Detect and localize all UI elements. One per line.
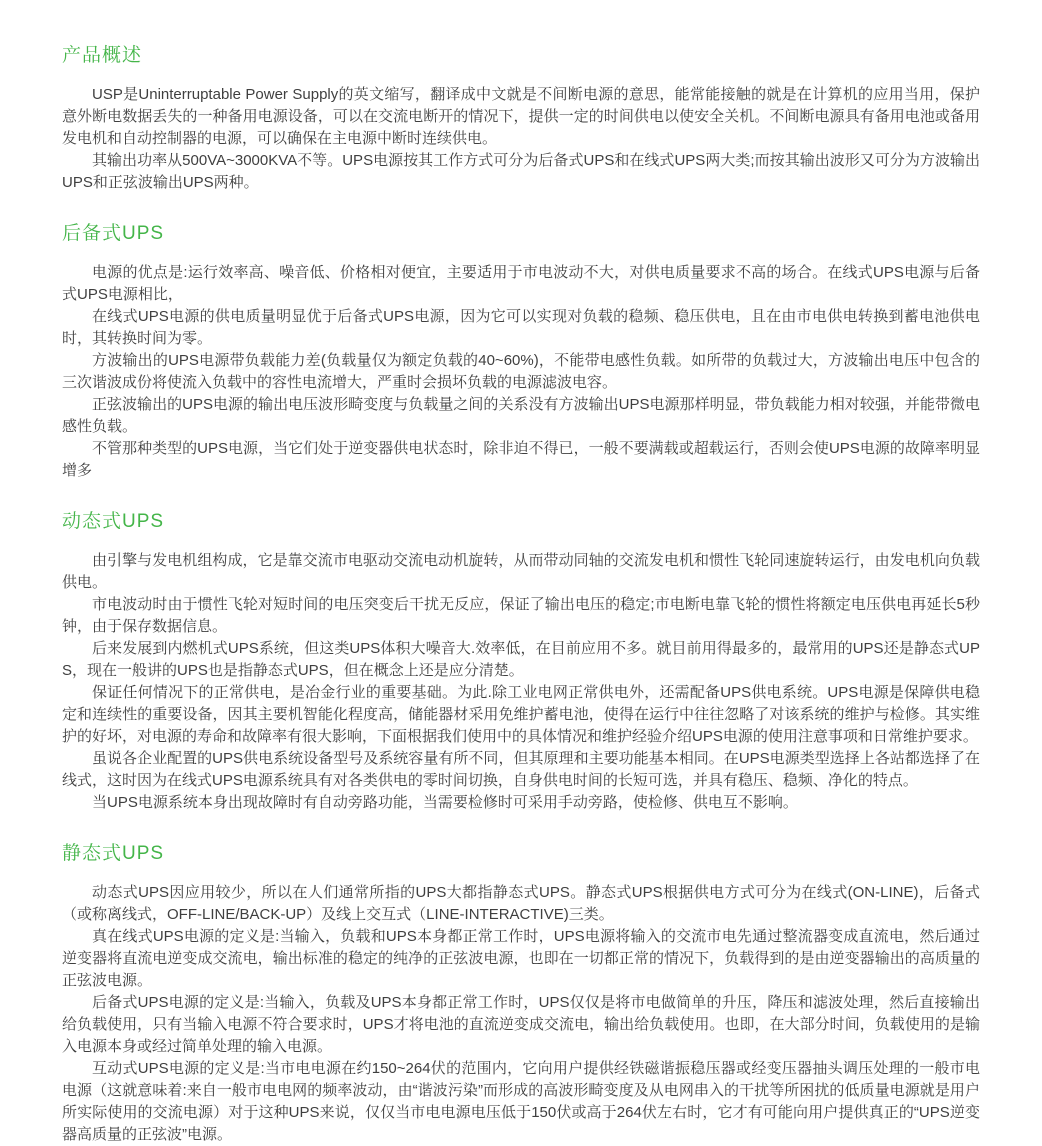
paragraph: 后备式UPS电源的定义是:当输入，负载及UPS本身都正常工作时，UPS仅仅是将市…: [62, 992, 980, 1058]
paragraph: 正弦波输出的UPS电源的输出电压波形畸变度与负载量之间的关系没有方波输出UPS电…: [62, 394, 980, 438]
paragraph: 不管那种类型的UPS电源，当它们处于逆变器供电状态时，除非迫不得已，一般不要满载…: [62, 438, 980, 482]
paragraph: 其输出功率从500VA~3000KVA不等。UPS电源按其工作方式可分为后备式U…: [62, 150, 980, 194]
section-title-static-ups: 静态式UPS: [62, 842, 980, 865]
section-title-backup-ups: 后备式UPS: [62, 222, 980, 245]
paragraph: 当UPS电源系统本身出现故障时有自动旁路功能，当需要检修时可采用手动旁路，使检修…: [62, 792, 980, 814]
paragraph: 在线式UPS电源的供电质量明显优于后备式UPS电源，因为它可以实现对负载的稳频、…: [62, 306, 980, 350]
article-page: 产品概述 USP是Uninterruptable Power Supply的英文…: [0, 0, 1042, 1146]
paragraph: 动态式UPS因应用较少，所以在人们通常所指的UPS大都指静态式UPS。静态式UP…: [62, 882, 980, 926]
section-dynamic-ups: 动态式UPS 由引擎与发电机组构成，它是靠交流市电驱动交流电动机旋转，从而带动同…: [62, 510, 980, 814]
paragraph: USP是Uninterruptable Power Supply的英文缩写，翻译…: [62, 84, 980, 150]
paragraph: 市电波动时由于惯性飞轮对短时间的电压突变后干扰无反应，保证了输出电压的稳定;市电…: [62, 594, 980, 638]
paragraph: 真在线式UPS电源的定义是:当输入，负载和UPS本身都正常工作时，UPS电源将输…: [62, 926, 980, 992]
section-backup-ups: 后备式UPS 电源的优点是:运行效率高、噪音低、价格相对便宜，主要适用于市电波动…: [62, 222, 980, 482]
paragraph: 方波输出的UPS电源带负载能力差(负载量仅为额定负载的40~60%)，不能带电感…: [62, 350, 980, 394]
section-product-overview: 产品概述 USP是Uninterruptable Power Supply的英文…: [62, 44, 980, 194]
section-title-product-overview: 产品概述: [62, 44, 980, 67]
paragraph: 虽说各企业配置的UPS供电系统设备型号及系统容量有所不同，但其原理和主要功能基本…: [62, 748, 980, 792]
section-title-dynamic-ups: 动态式UPS: [62, 510, 980, 533]
paragraph: 互动式UPS电源的定义是:当市电电源在约150~264伏的范围内，它向用户提供经…: [62, 1058, 980, 1146]
paragraph: 保证任何情况下的正常供电，是冶金行业的重要基础。为此.除工业电网正常供电外，还需…: [62, 682, 980, 748]
paragraph: 后来发展到内燃机式UPS系统，但这类UPS体积大噪音大.效率低，在目前应用不多。…: [62, 638, 980, 682]
section-static-ups: 静态式UPS 动态式UPS因应用较少，所以在人们通常所指的UPS大都指静态式UP…: [62, 842, 980, 1146]
paragraph: 电源的优点是:运行效率高、噪音低、价格相对便宜，主要适用于市电波动不大，对供电质…: [62, 262, 980, 306]
paragraph: 由引擎与发电机组构成，它是靠交流市电驱动交流电动机旋转，从而带动同轴的交流发电机…: [62, 550, 980, 594]
